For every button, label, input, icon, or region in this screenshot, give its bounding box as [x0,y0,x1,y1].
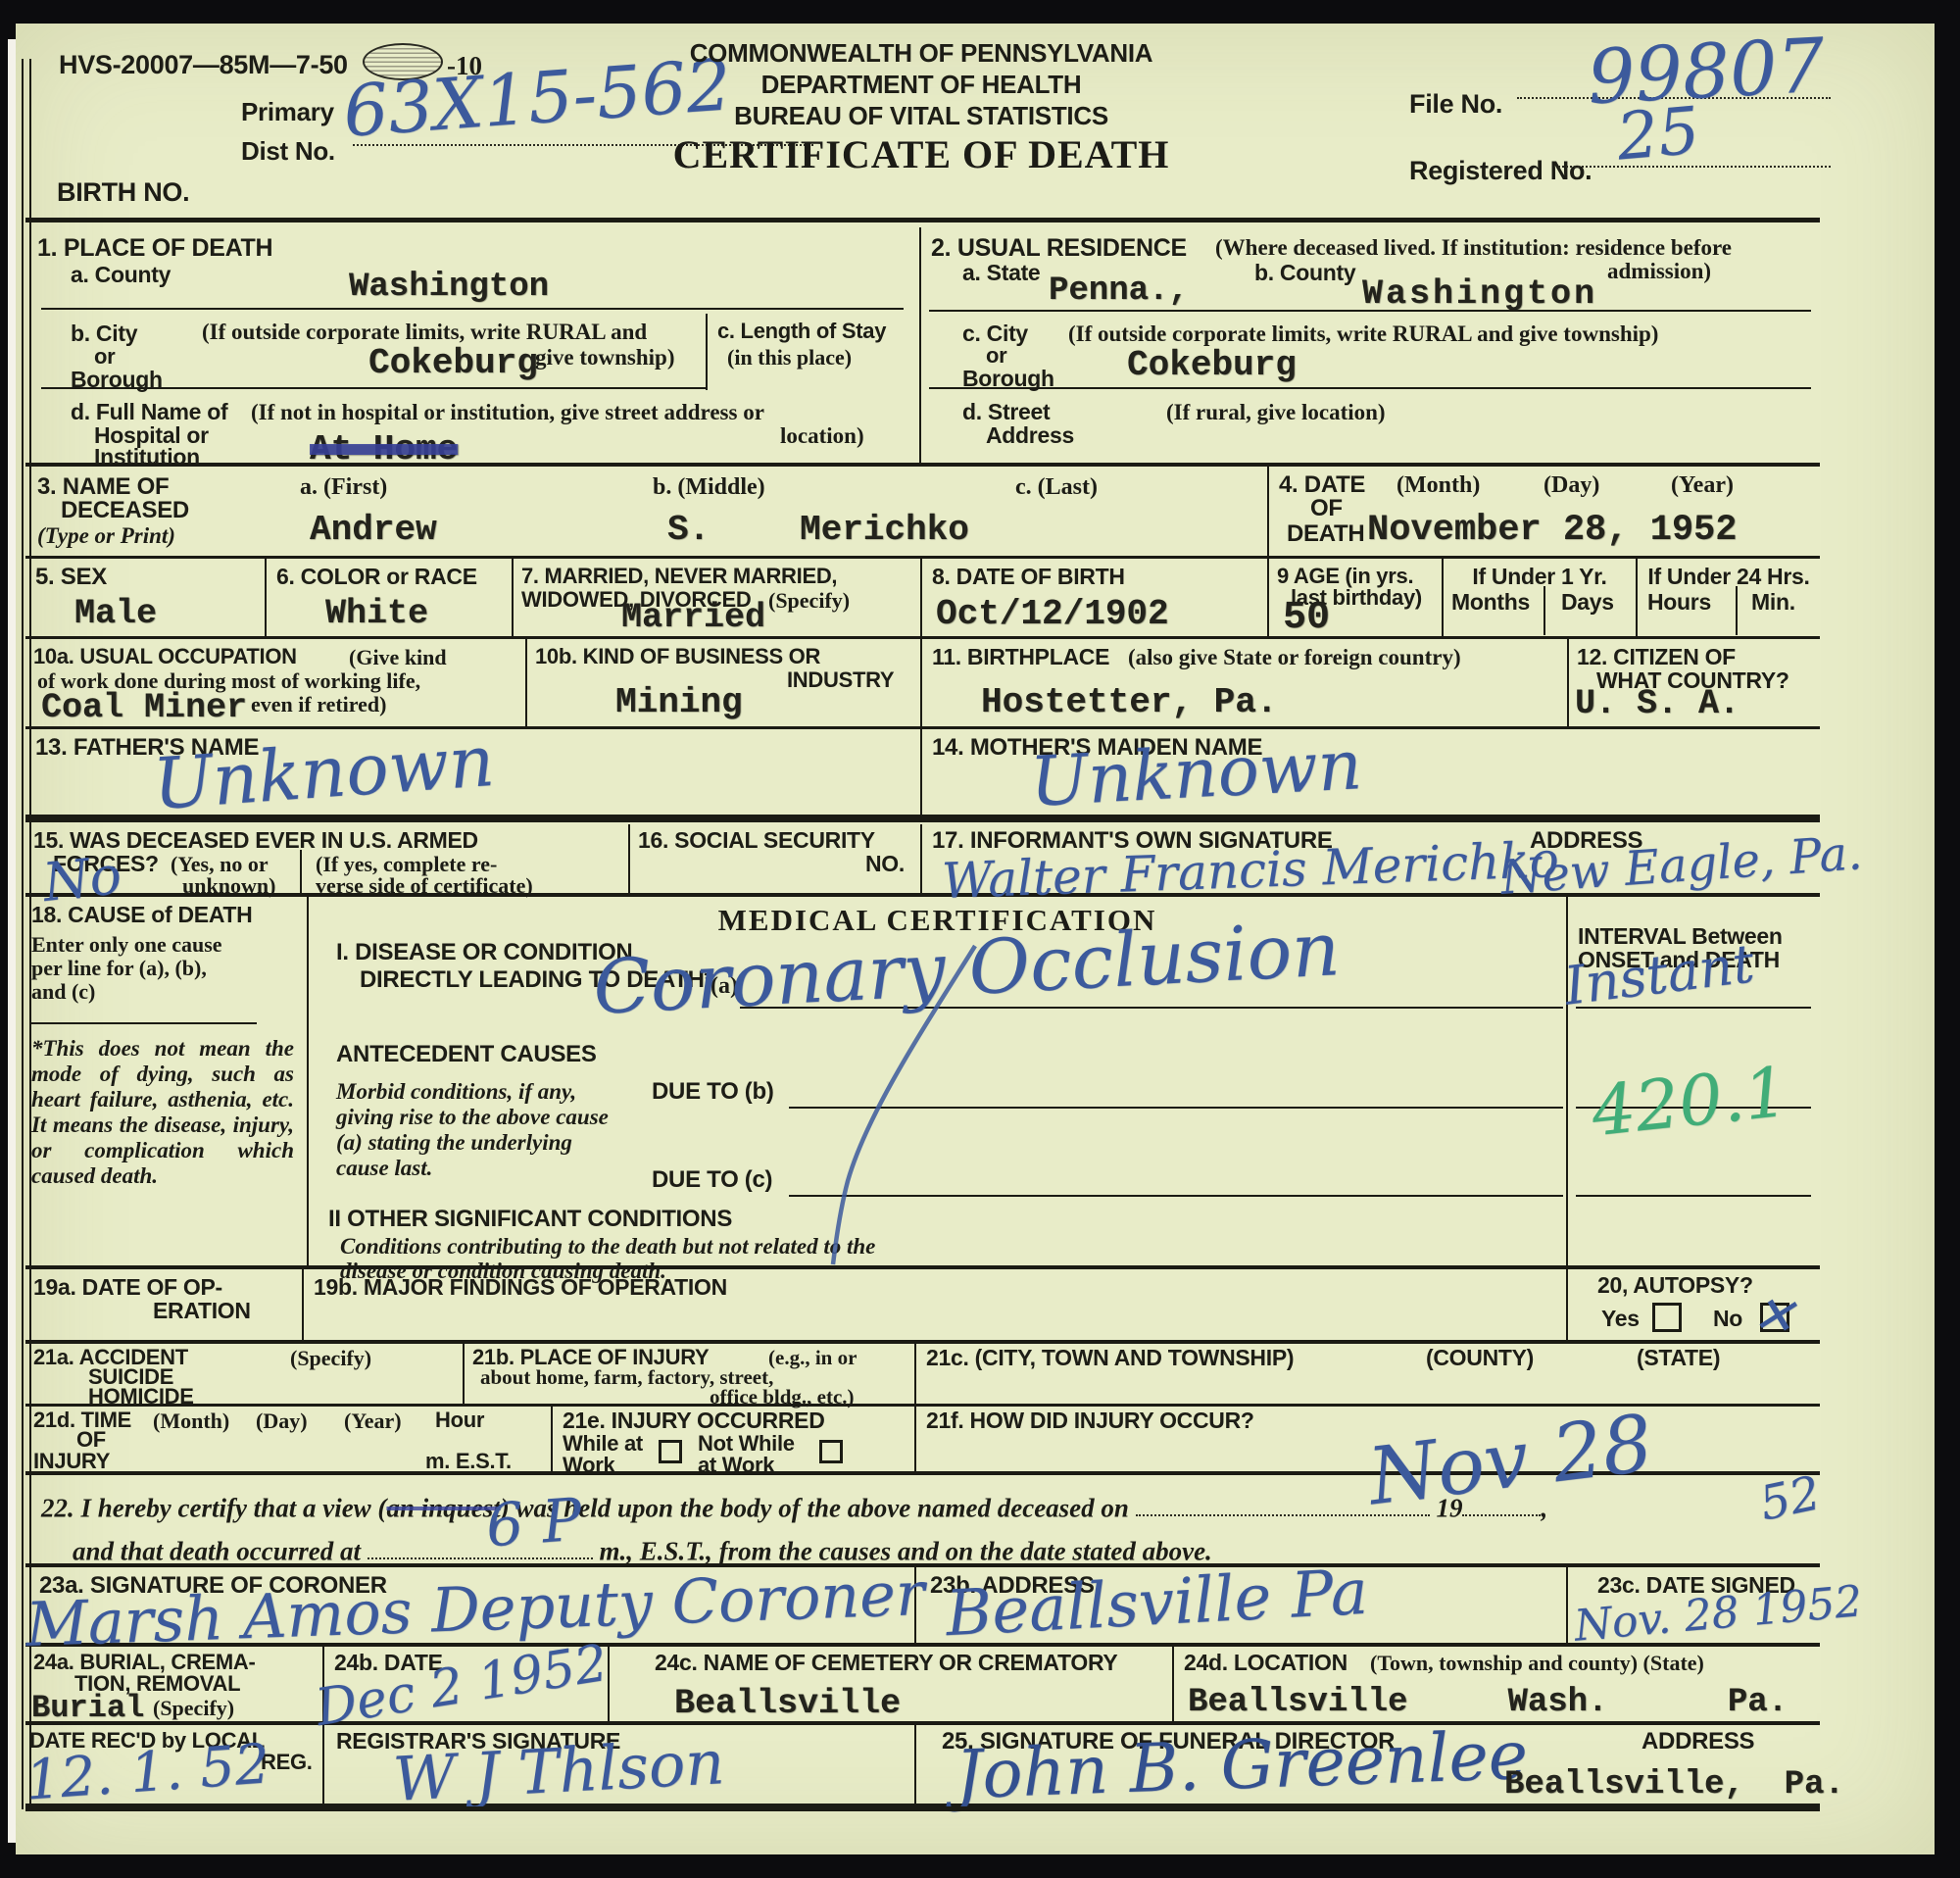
s2c-label2: or [986,344,1006,368]
file-no-label: File No. [1409,90,1502,119]
s11-hint: (also give State or foreign country) [1128,645,1461,670]
s21e-w2: Work [563,1454,614,1477]
s5-value: Male [74,594,157,633]
certify-line2: and that death occurred at m., E.S.T., f… [73,1530,1212,1566]
section-23c-date-signed: 23c. DATE SIGNED Nov. 28 1952 [1568,1567,1820,1643]
section-6-race: 6. COLOR or RACE White [267,559,514,636]
s9-months-label: Months [1451,590,1530,615]
s2c-hint: (If outside corporate limits, write RURA… [1068,321,1658,347]
s1b-label2: or [94,345,115,369]
section-18-medical-cert: MEDICAL CERTIFICATION I. DISEASE OR COND… [309,897,1568,1265]
s8-value: Oct/12/1902 [936,594,1169,634]
section-19a-operation-date: 19a. DATE OF OP- ERATION [25,1269,304,1340]
s19a-l1: 19a. DATE OF OP- [33,1275,222,1300]
header-separator [25,218,1820,222]
section-11-birthplace: 11. BIRTHPLACE (also give State or forei… [922,639,1569,726]
section-23b-address: 23b. ADDRESS Beallsville Pa [916,1567,1568,1643]
row-registrar: DATE REC'D by LOCAL REG. 12. 1. 52 REGIS… [25,1725,1820,1806]
section-4-date-of-death: 4. DATE OF DEATH (Month) (Day) (Year) No… [1269,467,1820,556]
s10a-value: Coal Miner [41,688,247,727]
row-certify: 22. I hereby certify that a view (an inq… [25,1475,1820,1567]
s21d-l3: INJURY [33,1450,110,1473]
s21d-est: m. E.S.T. [425,1450,512,1473]
s24d-hint: (Town, township and county) (State) [1370,1651,1704,1676]
s24d-label: 24d. LOCATION [1184,1651,1347,1675]
s9-months-days-divider [1543,586,1545,635]
s10a-hint1: (Give kind [349,645,447,670]
certify-line1-pre: 22. I hereby certify that a view ( [41,1493,386,1522]
s18-other: II OTHER SIGNIFICANT CONDITIONS [328,1207,732,1232]
section-8-date-of-birth: 8. DATE OF BIRTH Oct/12/1902 [922,559,1269,636]
s21f-label: 21f. HOW DID INJURY OCCUR? [926,1408,1254,1433]
s21c-label: 21c. (CITY, TOWN AND TOWNSHIP) [926,1346,1294,1370]
s4-month: (Month) [1396,472,1480,499]
death-certificate-scan: HVS-20007—85M—7-50 -10 Primary Dist No. … [0,0,1960,1878]
s7-l2b: (Specify) [768,588,850,614]
s9-value: 50 [1283,596,1330,640]
s1d-value-struck: At Home [310,429,458,469]
header-commonwealth: COMMONWEALTH OF PENNSYLVANIA [627,39,1215,67]
s3a-value: Andrew [310,510,437,550]
s2ab-line [929,310,1811,312]
s1b-value: Cokeburg [368,343,538,383]
autopsy-no-x-mark: ✕ [1749,1285,1798,1348]
s1a-label: a. County [71,263,171,287]
s1d-label1: d. Full Name of [71,400,227,424]
section-7-marital: 7. MARRIED, NEVER MARRIED, WIDOWED, DIVO… [514,559,922,636]
dist-no-label: Dist No. [241,137,335,165]
s21e-l1: 21e. INJURY OCCURRED [563,1408,825,1433]
certify-line2a: and that death occurred at [73,1536,361,1565]
s18-antecedent: ANTECEDENT CAUSES [336,1042,597,1067]
s7-l1: 7. MARRIED, NEVER MARRIED, [521,565,837,588]
s3b-label: b. (Middle) [653,474,765,501]
s3a-label: a. (First) [300,474,387,501]
bottom-separator [25,1806,1820,1811]
s12-l1: 12. CITIZEN OF [1577,645,1736,669]
certify-year-value: 52 [1755,1465,1825,1531]
s9-hours-label: Hours [1647,590,1711,615]
s9-min-label: Min. [1751,590,1795,615]
row-place-residence: 1. PLACE OF DEATH a. County Washington b… [25,227,1820,467]
s1c-hint: (in this place) [727,345,852,371]
s25-address-label: ADDRESS [1641,1729,1754,1754]
s3c-label: c. (Last) [1015,474,1098,501]
s3b-value: S. [667,510,710,550]
section-2-usual-residence: 2. USUAL RESIDENCE (Where deceased lived… [921,227,1820,463]
s9-u24-label: If Under 24 Hrs. [1638,565,1820,589]
section-18-interval: INTERVAL Between ONSET and DEATH Instant… [1568,897,1820,1265]
row-occupation: 10a. USUAL OCCUPATION (Give kind of work… [25,639,1820,729]
s1d-hint2: location) [780,423,864,449]
section-21d-time: 21d. TIME (Month) (Day) (Year) Hour OF I… [25,1407,553,1471]
section-24d-location: 24d. LOCATION (Town, township and county… [1174,1647,1820,1721]
s10a-label: 10a. USUAL OCCUPATION [33,645,297,668]
form-number: HVS-20007—85M—7-50 [59,51,348,79]
not-while-at-work-checkbox [819,1440,843,1463]
s20-label: 20, AUTOPSY? [1597,1273,1753,1298]
s18-note-divider [31,1022,257,1024]
s20-yes-label: Yes [1601,1307,1640,1331]
registered-no-value: 25 [1614,92,1702,174]
section-21e-injury-occurred: 21e. INJURY OCCURRED While at Work Not W… [553,1407,916,1471]
section-17-informant: 17. INFORMANT'S OWN SIGNATURE ADDRESS Wa… [922,824,1820,893]
section-9-under1yr: If Under 1 Yr. Months Days [1444,559,1638,636]
s10b-l2: INDUSTRY [787,668,894,692]
s1a-line [41,308,904,310]
header-bureau: BUREAU OF VITAL STATISTICS [627,102,1215,129]
s1c-label: c. Length of Stay [717,320,886,343]
section-24a-burial: 24a. BURIAL, CREMA- TION, REMOVAL Burial… [25,1647,324,1721]
s4-t3: DEATH [1287,521,1364,547]
s1a-value: Washington [349,269,549,306]
s9-u1-label: If Under 1 Yr. [1444,565,1636,589]
form-left-rule-outer [22,59,24,1809]
s9-days-label: Days [1561,590,1614,615]
s2a-label: a. State [962,261,1040,285]
row-operation-autopsy: 19a. DATE OF OP- ERATION 19b. MAJOR FIND… [25,1269,1820,1344]
s9-hours-min-divider [1736,586,1738,635]
section-14-mother: 14. MOTHER'S MAIDEN NAME Unknown [922,729,1820,815]
s18-note1a: Enter only one cause [31,932,222,958]
pen-stroke [681,936,995,1269]
s1-title: 1. PLACE OF DEATH [37,235,272,262]
section-10b-industry: 10b. KIND OF BUSINESS OR INDUSTRY Mining [527,639,922,726]
s10b-l1: 10b. KIND OF BUSINESS OR [535,645,820,668]
s11-value: Hostetter, Pa. [981,682,1277,722]
s4-t2: OF [1310,496,1343,521]
s5-label: 5. SEX [35,565,107,590]
s2d-hint: (If rural, give location) [1166,400,1386,425]
row-coroner: 23a. SIGNATURE OF CORONER Marsh Amos Dep… [25,1567,1820,1647]
while-at-work-checkbox [659,1440,682,1463]
section-21a-accident: 21a. ACCIDENT (Specify) SUICIDE HOMICIDE [25,1344,465,1404]
section-10a-occupation: 10a. USUAL OCCUPATION (Give kind of work… [25,639,527,726]
section-9-age: 9 AGE (in yrs. last birthday) 50 [1269,559,1444,636]
s1b-label1: b. City [71,321,137,346]
birth-no-label: BIRTH NO. [57,178,189,207]
primary-dist-label: Primary [241,98,334,125]
row-name-datedeath: 3. NAME OF DECEASED (Type or Print) a. (… [25,467,1820,559]
s21e-n2: at Work [698,1454,774,1477]
s10a-hint3: even if retired) [251,692,386,717]
row-medical-certification: 18. CAUSE of DEATH Enter only one cause … [25,897,1820,1269]
s2b-value: Washington [1362,274,1597,314]
s18-note1c: and (c) [31,979,95,1005]
section-24b-date: 24b. DATE Dec 2 1952 [324,1647,610,1721]
s18-morbid-note: Morbid conditions, if any, giving rise t… [336,1079,630,1181]
row-armed-forces: 15. WAS DECEASED EVER IN U.S. ARMED FORC… [25,824,1820,897]
s21c-county: (COUNTY) [1426,1346,1534,1370]
s21d-day: (Day) [256,1408,308,1434]
autopsy-yes-checkbox [1652,1303,1682,1332]
section-registrar-signature: REGISTRAR'S SIGNATURE W J Thlson [324,1725,916,1804]
section-21b-place-injury: 21b. PLACE OF INJURY (e.g., in or about … [465,1344,916,1404]
s19b-label: 19b. MAJOR FINDINGS OF OPERATION [314,1275,727,1300]
section-12-citizen: 12. CITIZEN OF WHAT COUNTRY? U. S. A. [1569,639,1820,726]
header-department: DEPARTMENT OF HEALTH [627,71,1215,98]
s2c-value: Cokeburg [1127,345,1297,385]
s2d-label2: Address [986,423,1074,448]
s21a-hint: (Specify) [290,1346,371,1371]
row-parents: 13. FATHER'S NAME Unknown 14. MOTHER'S M… [25,729,1820,817]
s1b-line [41,387,706,389]
section-20-autopsy: 20, AUTOPSY? Yes No ✕ [1568,1269,1820,1340]
s21d-year: (Year) [344,1408,402,1434]
s1d-hint1: (If not in hospital or institution, give… [251,400,764,425]
s15-divider [300,850,302,895]
section-18-cause-label: 18. CAUSE of DEATH Enter only one cause … [25,897,309,1265]
s3c-value: Merichko [800,510,969,550]
s10b-value: Mining [615,682,743,722]
s21b-hint1: (e.g., in or [768,1346,857,1370]
section-24c-cemetery: 24c. NAME OF CEMETERY OR CREMATORY Beall… [610,1647,1174,1721]
s19a-l2: ERATION [153,1299,251,1323]
s14-value: Unknown [1028,724,1364,822]
s21c-state: (STATE) [1637,1346,1720,1370]
s18-d1: I. DISEASE OR CONDITION [336,940,632,965]
s25-address-value: Beallsville, Pa. [1504,1766,1844,1804]
s2a-value: Penna., [1049,272,1189,310]
s16-l1: 16. SOCIAL SECURITY [638,828,875,853]
certificate-title: CERTIFICATE OF DEATH [627,131,1215,177]
parents-separator [25,817,1820,822]
s2c-line [929,387,1811,389]
s12-value: U. S. A. [1575,684,1739,723]
s16-l2: NO. [865,852,905,876]
s24c-value: Beallsville [674,1684,901,1723]
s18-interval-line1 [1576,1007,1811,1009]
section-19b-findings: 19b. MAJOR FINDINGS OF OPERATION [304,1269,1568,1340]
s7-value: Married [621,598,765,637]
s2-title: 2. USUAL RESIDENCE [931,235,1187,262]
s11-label: 11. BIRTHPLACE [932,645,1109,669]
s1b-hint2: give township) [535,345,675,371]
s24a-hint: (Specify) [153,1696,234,1721]
s6-label: 6. COLOR or RACE [276,565,477,589]
section-date-received: DATE REC'D by LOCAL REG. 12. 1. 52 [25,1725,324,1804]
s18-note1b: per line for (a), (b), [31,956,207,981]
s2-hint2: admission) [1607,259,1711,284]
s4-year: (Year) [1671,472,1734,499]
s1bc-divider [706,314,708,390]
s21d-month: (Month) [153,1408,229,1434]
section-21c-city: 21c. (CITY, TOWN AND TOWNSHIP) (COUNTY) … [916,1344,1820,1404]
section-3-name: 3. NAME OF DECEASED (Type or Print) a. (… [25,467,1269,556]
section-15-armed-forces: 15. WAS DECEASED EVER IN U.S. ARMED FORC… [25,824,630,893]
section-5-sex: 5. SEX Male [25,559,267,636]
s18-note2: *This does not mean the mode of dying, s… [31,1036,294,1189]
s2-hint1: (Where deceased lived. If institution: r… [1215,235,1732,261]
s23b-value: Beallsville Pa [944,1557,1369,1651]
section-13-father: 13. FATHER'S NAME Unknown [25,729,922,815]
section-16-ssn: 16. SOCIAL SECURITY NO. [630,824,922,893]
s1b-hint1: (If outside corporate limits, write RURA… [202,320,647,345]
s18-title: 18. CAUSE of DEATH [31,903,252,927]
section-23a-coroner-signature: 23a. SIGNATURE OF CORONER Marsh Amos Dep… [25,1567,916,1643]
section-1-place-of-death: 1. PLACE OF DEATH a. County Washington b… [25,227,921,463]
s2b-label: b. County [1254,261,1355,285]
s3-t2: DECEASED [61,498,189,523]
certify-time-value: 6 P [484,1486,584,1561]
s15-h4: verse side of certificate) [316,873,533,899]
s15-h2: unknown) [182,873,275,899]
certify-line1-post: ) was held upon the body of the above na… [501,1493,1129,1522]
s2d-label1: d. Street [962,400,1050,424]
s6-value: White [325,594,428,633]
s4-day: (Day) [1543,472,1599,499]
s18-code-value: 420.1 [1588,1052,1791,1152]
s24d-value: Beallsville Wash. Pa. [1188,1684,1788,1721]
s4-value: November 28, 1952 [1367,510,1737,551]
s8-label: 8. DATE OF BIRTH [932,565,1125,589]
section-9-under24hrs: If Under 24 Hrs. Hours Min. [1638,559,1820,636]
row-burial: 24a. BURIAL, CREMA- TION, REMOVAL Burial… [25,1647,1820,1725]
s3-t3: (Type or Print) [37,523,175,549]
s20-no-label: No [1713,1307,1742,1331]
s24c-label: 24c. NAME OF CEMETERY OR CREMATORY [655,1651,1117,1675]
certify-line1: 22. I hereby certify that a view (an inq… [41,1487,1547,1523]
s21a-l3: HOMICIDE [88,1385,194,1408]
s24a-value: Burial [31,1690,144,1726]
section-25-funeral-director: 25. SIGNATURE OF FUNERAL DIRECTOR ADDRES… [916,1725,1820,1804]
row-accident: 21a. ACCIDENT (Specify) SUICIDE HOMICIDE… [25,1344,1820,1407]
s21d-hour: Hour [435,1408,484,1432]
row-sex-race-birth: 5. SEX Male 6. COLOR or RACE White 7. MA… [25,559,1820,639]
s18-interval-line3 [1576,1195,1811,1197]
